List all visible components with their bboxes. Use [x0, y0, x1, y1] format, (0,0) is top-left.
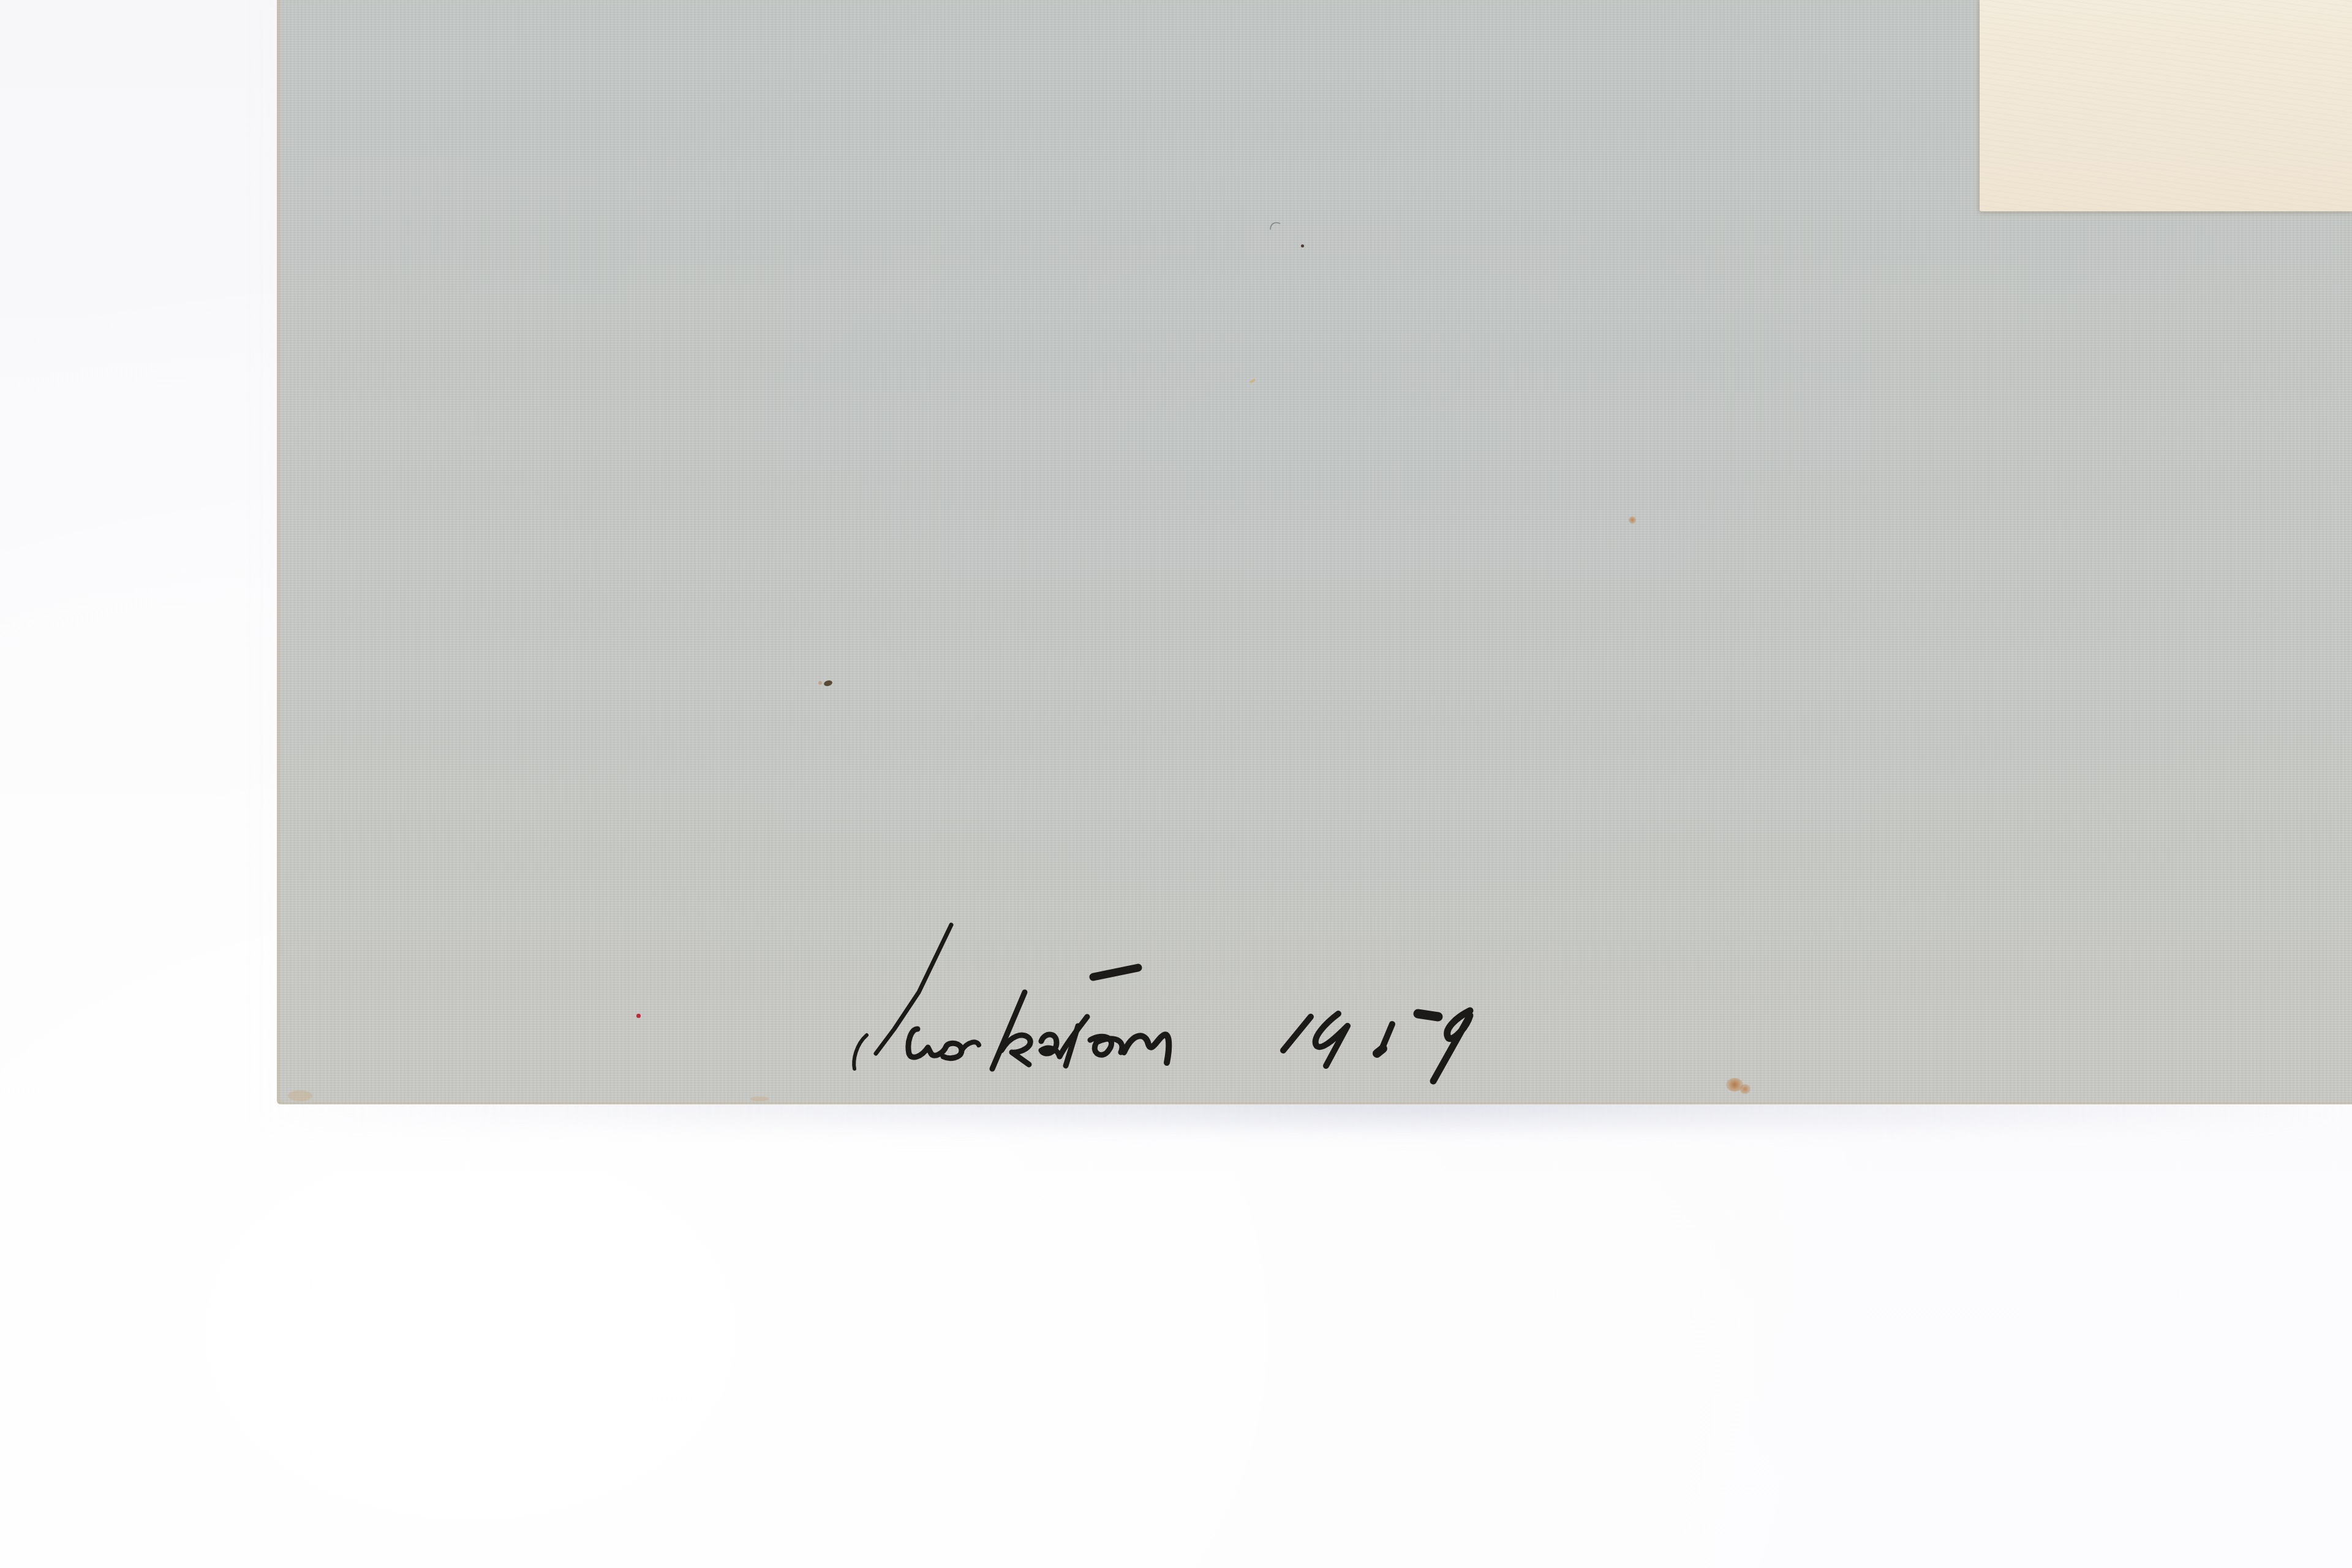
foxing-spot [288, 1090, 312, 1101]
foxing-spot [1740, 1084, 1751, 1094]
paper-fiber [1268, 217, 1286, 236]
cream-artwork-paper [1980, 0, 2352, 211]
foxing-spot [818, 681, 822, 685]
dark-speck [1301, 244, 1304, 247]
handwritten-inscription: Saskatoon 1959 [845, 907, 1494, 1109]
foxing-spot [750, 1096, 769, 1101]
red-speck [636, 1014, 641, 1018]
foxing-spot [1629, 516, 1636, 524]
handwriting-ink [845, 907, 1494, 1109]
